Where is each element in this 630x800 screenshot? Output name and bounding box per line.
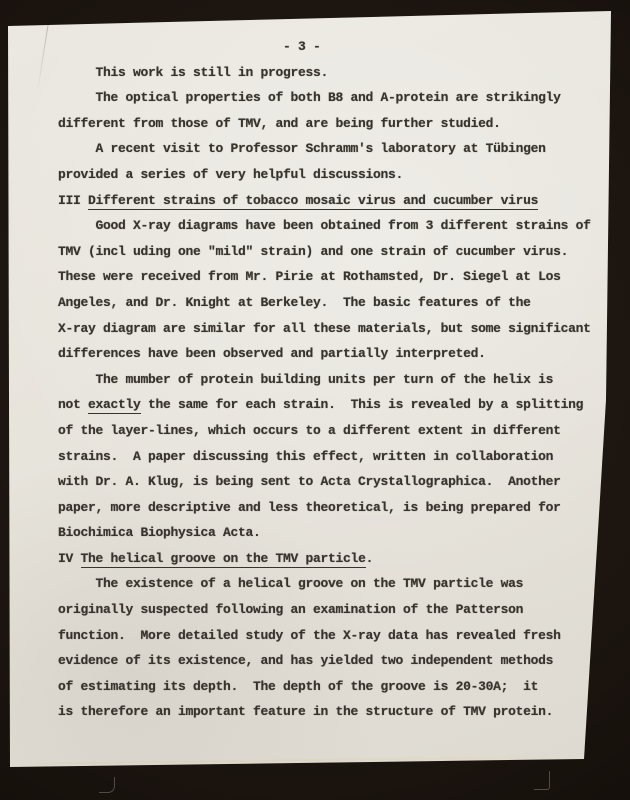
text-segment: A recent visit to Professor Schramm's la… <box>58 141 546 156</box>
text-segment: . <box>366 551 374 566</box>
text-segment: strains. A paper discussing this effect,… <box>58 449 553 464</box>
text-segment: IV <box>58 551 81 566</box>
text-line: This work is still in progress. <box>58 60 618 86</box>
text-line: paper, more descriptive and less theoret… <box>58 495 618 521</box>
text-segment: These were received from Mr. Pirie at Ro… <box>58 269 561 284</box>
text-segment: This work is still in progress. <box>58 65 328 80</box>
text-line: function. More detailed study of the X-r… <box>58 623 618 649</box>
text-segment: with Dr. A. Klug, is being sent to Acta … <box>58 474 561 489</box>
text-segment: Biochimica Biophysica Acta. <box>58 525 261 540</box>
text-line: evidence of its existence, and has yield… <box>58 648 618 674</box>
text-line: not exactly the same for each strain. Th… <box>58 392 618 418</box>
text-line: is therefore an important feature in the… <box>58 699 618 725</box>
text-line: TMV (incl uding one "mild" strain) and o… <box>58 239 618 265</box>
text-line: of estimating its depth. The depth of th… <box>58 674 618 700</box>
section-heading: III Different strains of tobacco mosaic … <box>58 188 618 214</box>
text-line: The optical properties of both B8 and A-… <box>58 85 618 111</box>
text-segment: of the layer-lines, which occurs to a di… <box>58 423 561 438</box>
text-line: strains. A paper discussing this effect,… <box>58 444 618 470</box>
section-heading: IV The helical groove on the TMV particl… <box>58 546 618 572</box>
text-line: originally suspected following an examin… <box>58 597 618 623</box>
text-segment: X-ray diagram are similar for all these … <box>58 321 591 336</box>
text-line: Good X-ray diagrams have been obtained f… <box>58 213 618 239</box>
text-segment: is therefore an important feature in the… <box>58 704 553 719</box>
text-line: X-ray diagram are similar for all these … <box>58 316 618 342</box>
text-segment: TMV (incl uding one "mild" strain) and o… <box>58 244 568 259</box>
paper-crease <box>36 24 48 95</box>
document-page: - 3 - This work is still in progress. Th… <box>0 0 630 800</box>
text-line: A recent visit to Professor Schramm's la… <box>58 136 618 162</box>
corner-mark-right <box>534 771 550 790</box>
text-segment: of estimating its depth. The depth of th… <box>58 679 538 694</box>
text-segment: provided a series of very helpful discus… <box>58 167 403 182</box>
text-segment: differences have been observed and parti… <box>58 346 486 361</box>
text-segment: Good X-ray diagrams have been obtained f… <box>58 218 591 233</box>
text-segment: originally suspected following an examin… <box>58 602 523 617</box>
text-segment: Angeles, and Dr. Knight at Berkeley. The… <box>58 295 531 310</box>
text-segment: different from those of TMV, and are bei… <box>58 116 501 131</box>
text-line: These were received from Mr. Pirie at Ro… <box>58 264 618 290</box>
underlined-text-segment: The helical groove on the TMV particle <box>81 551 366 568</box>
text-segment: not <box>58 397 88 412</box>
text-segment: The existence of a helical groove on the… <box>58 576 523 591</box>
underlined-text-segment: exactly <box>88 397 141 414</box>
text-line: Biochimica Biophysica Acta. <box>58 520 618 546</box>
text-segment: The mumber of protein building units per… <box>58 372 553 387</box>
text-line: different from those of TMV, and are bei… <box>58 111 618 137</box>
underlined-text-segment: Different strains of tobacco mosaic viru… <box>88 193 538 210</box>
text-segment: function. More detailed study of the X-r… <box>58 628 561 643</box>
corner-mark-left <box>99 777 115 793</box>
page-number: - 3 - <box>58 34 618 60</box>
text-segment: the same for each strain. This is reveal… <box>141 397 584 412</box>
photo-background: - 3 - This work is still in progress. Th… <box>0 0 630 800</box>
text-segment: The optical properties of both B8 and A-… <box>58 90 561 105</box>
text-line: The existence of a helical groove on the… <box>58 571 618 597</box>
text-segment: III <box>58 193 88 208</box>
text-segment: paper, more descriptive and less theoret… <box>58 500 561 515</box>
text-line: of the layer-lines, which occurs to a di… <box>58 418 618 444</box>
page-text: - 3 - This work is still in progress. Th… <box>58 34 618 725</box>
text-line: differences have been observed and parti… <box>58 341 618 367</box>
paper-edge-highlight <box>10 755 584 765</box>
text-line: Angeles, and Dr. Knight at Berkeley. The… <box>58 290 618 316</box>
text-line: The mumber of protein building units per… <box>58 367 618 393</box>
text-line: provided a series of very helpful discus… <box>58 162 618 188</box>
text-segment: evidence of its existence, and has yield… <box>58 653 553 668</box>
text-segment: - 3 - <box>58 39 321 54</box>
text-line: with Dr. A. Klug, is being sent to Acta … <box>58 469 618 495</box>
